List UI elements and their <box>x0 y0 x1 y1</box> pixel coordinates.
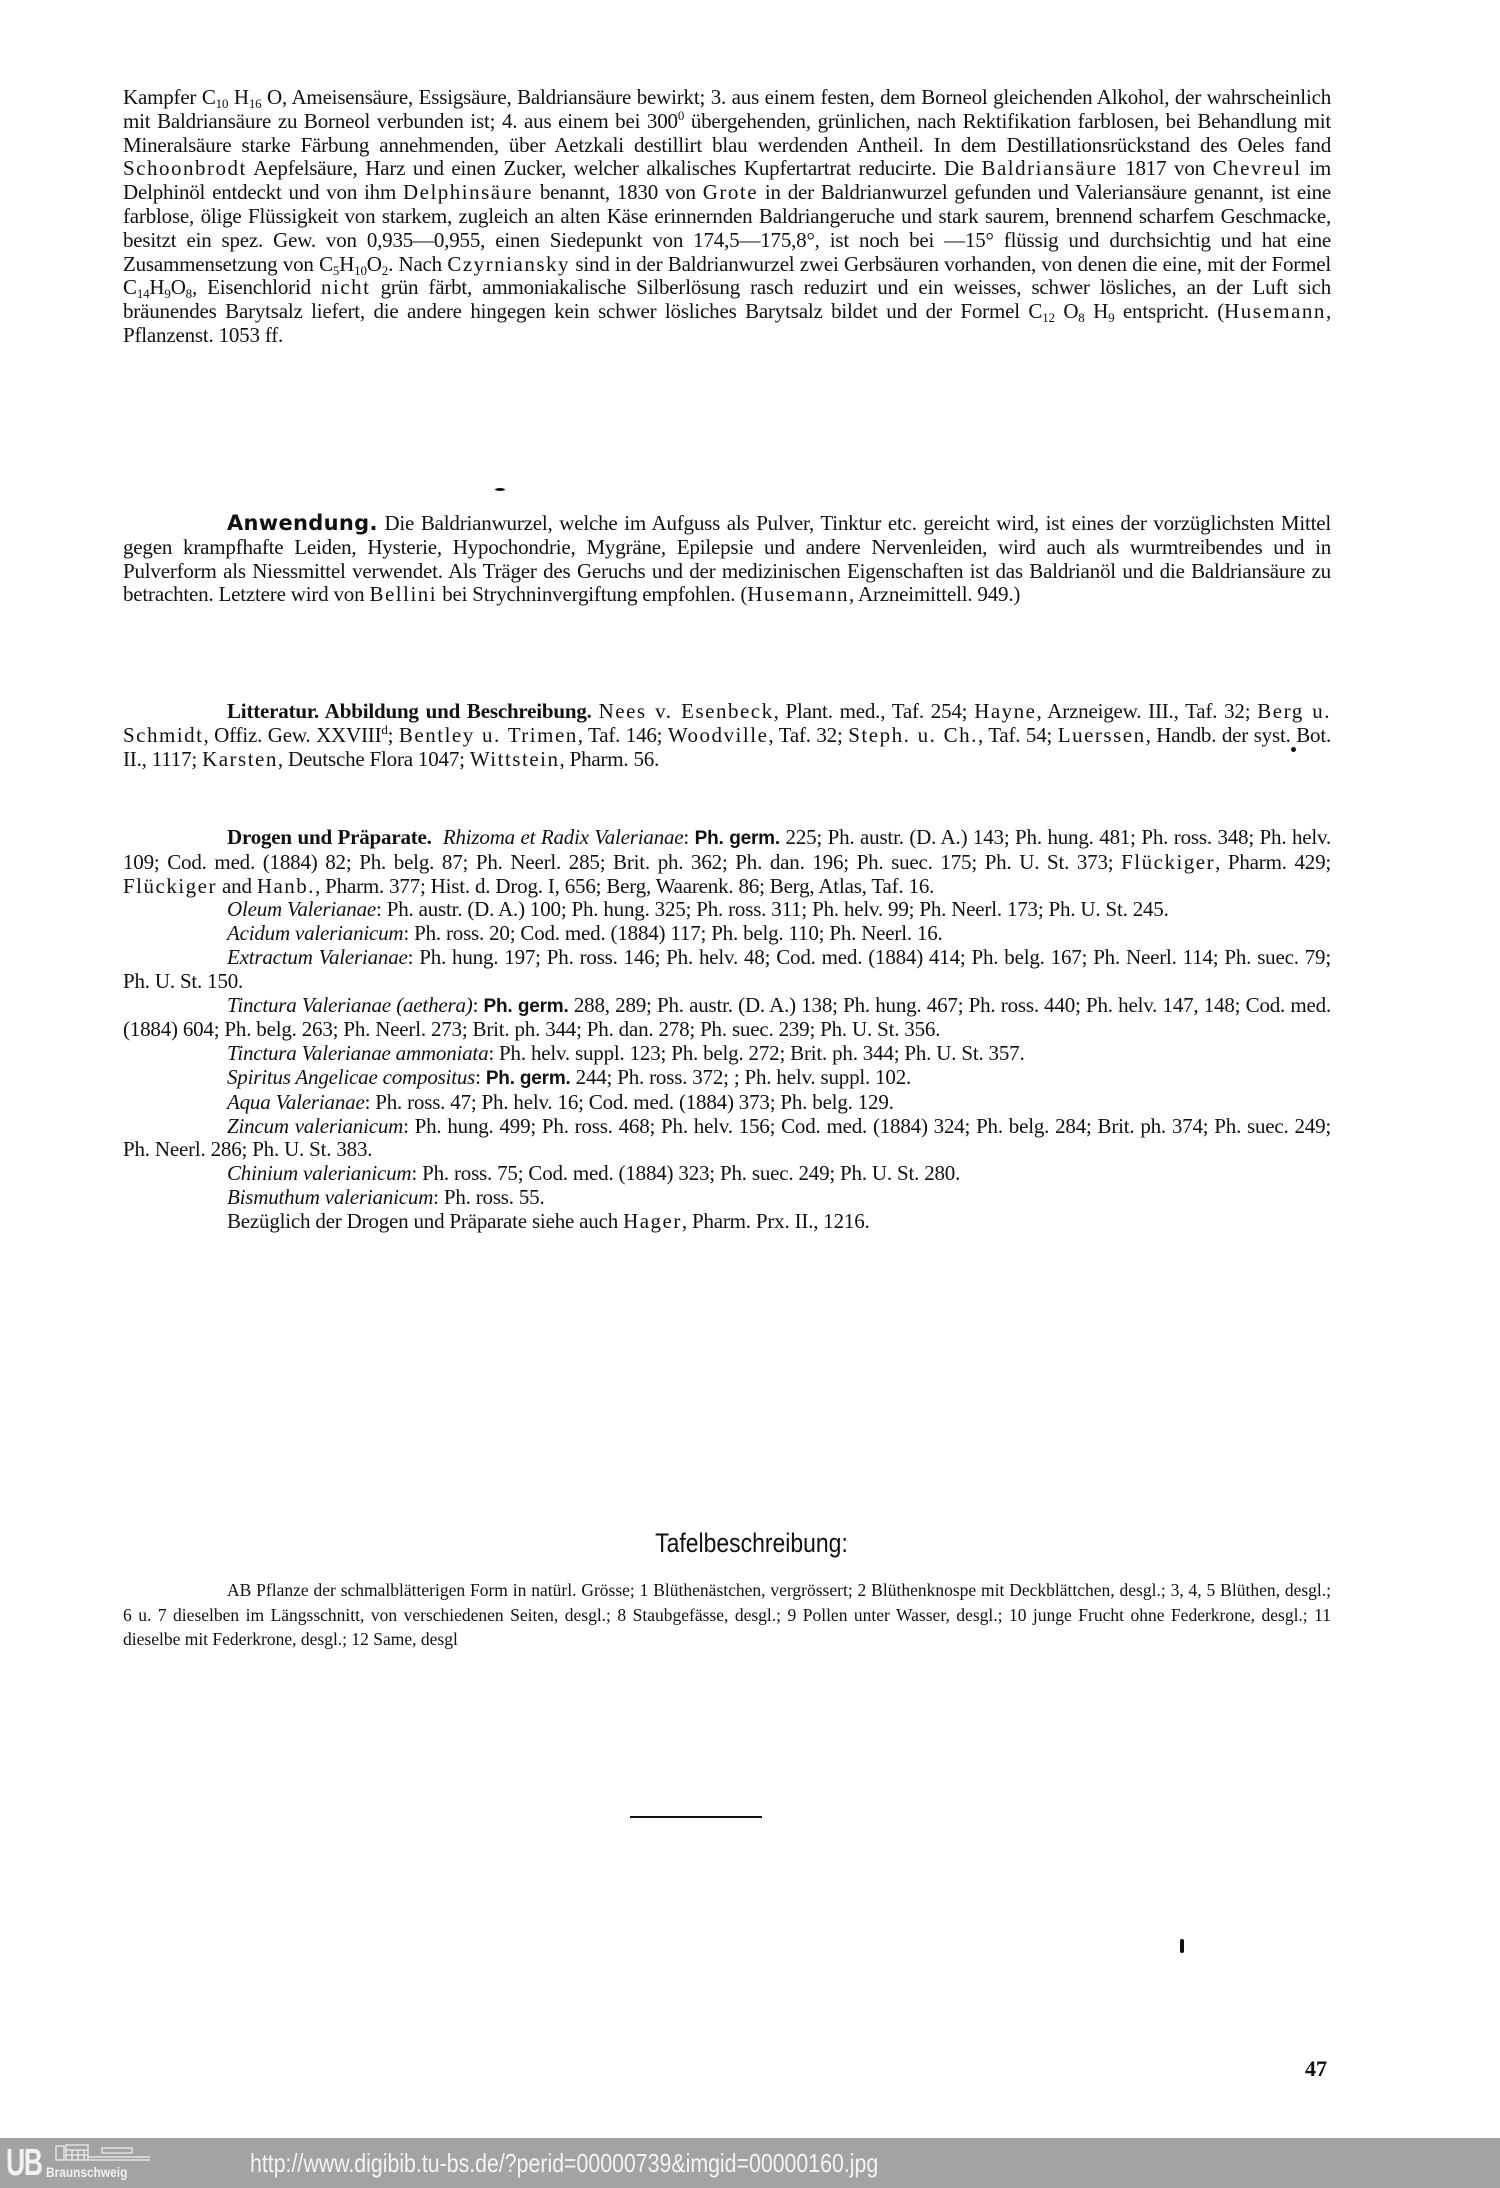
section-heading: Drogen und Präparate. <box>227 825 432 849</box>
author-name: Bellini <box>369 582 437 606</box>
separator-rule <box>630 1816 762 1818</box>
preparation-entry: Tinctura Valerianae ammoniata: Ph. helv.… <box>123 1042 1331 1066</box>
section-heading: Anwendung. <box>227 511 378 535</box>
scan-speck <box>1180 1939 1184 1953</box>
section-heading: Litteratur. Abbildung und Beschreibung. <box>227 699 592 723</box>
drogen-summary: Bezüglich der Drogen und Präparate siehe… <box>123 1210 1331 1234</box>
author-name: Chevreul <box>1213 156 1302 180</box>
preparation-entry: Oleum Valerianae: Ph. austr. (D. A.) 100… <box>123 898 1331 922</box>
page-number: 47 <box>1305 2056 1327 2082</box>
anwendung-section: Anwendung. Die Baldrianwurzel, welche im… <box>123 512 1331 607</box>
litteratur-section: Litteratur. Abbildung und Beschreibung. … <box>123 700 1331 771</box>
source-url-link[interactable]: http://www.digibib.tu-bs.de/?perid=00000… <box>250 2148 878 2179</box>
scanned-page: Kampfer C10 H16 O, Ameisensäure, Essigsä… <box>0 0 1500 2138</box>
ub-braunschweig-logo: UB Braunschweig <box>6 2142 156 2184</box>
library-building-icon <box>52 2144 152 2164</box>
drogen-section: Drogen und Präparate. Rhizoma et Radix V… <box>123 826 1331 1234</box>
author-name: Husemann <box>1224 299 1326 323</box>
scan-speck <box>1291 747 1296 752</box>
plate-description-text: AB Pflanze der schmalblätterigen Form in… <box>123 1578 1331 1652</box>
plate-description-title: Tafelbeschreibung: <box>114 1528 1389 1559</box>
preparation-entry: Extractum Valerianae: Ph. hung. 197; Ph.… <box>123 946 1331 994</box>
scan-speck <box>495 488 505 491</box>
author-name: Grote <box>703 180 758 204</box>
footer-bar: UB Braunschweig http://www.digibib.tu-bs… <box>0 2138 1500 2188</box>
author-name: Schoonbrodt <box>123 156 247 180</box>
preparation-entry: Zincum valerianicum: Ph. hung. 499; Ph. … <box>123 1115 1331 1163</box>
preparation-entry: Spiritus Angelicae compositus: Ph. germ.… <box>123 1066 1331 1091</box>
preparation-entry: Acidum valerianicum: Ph. ross. 20; Cod. … <box>123 922 1331 946</box>
preparation-entry: Tinctura Valerianae (aethera): Ph. germ.… <box>123 994 1331 1043</box>
author-name: Czyrniansky <box>447 252 570 276</box>
author-name: Husemann <box>747 582 849 606</box>
chemistry-paragraph: Kampfer C10 H16 O, Ameisensäure, Essigsä… <box>123 86 1331 348</box>
preparation-entry: Drogen und Präparate. Rhizoma et Radix V… <box>123 826 1331 898</box>
preparation-entry: Bismuthum valerianicum: Ph. ross. 55. <box>123 1186 1331 1210</box>
preparation-entry: Aqua Valerianae: Ph. ross. 47; Ph. helv.… <box>123 1091 1331 1115</box>
preparation-entry: Chinium valerianicum: Ph. ross. 75; Cod.… <box>123 1162 1331 1186</box>
